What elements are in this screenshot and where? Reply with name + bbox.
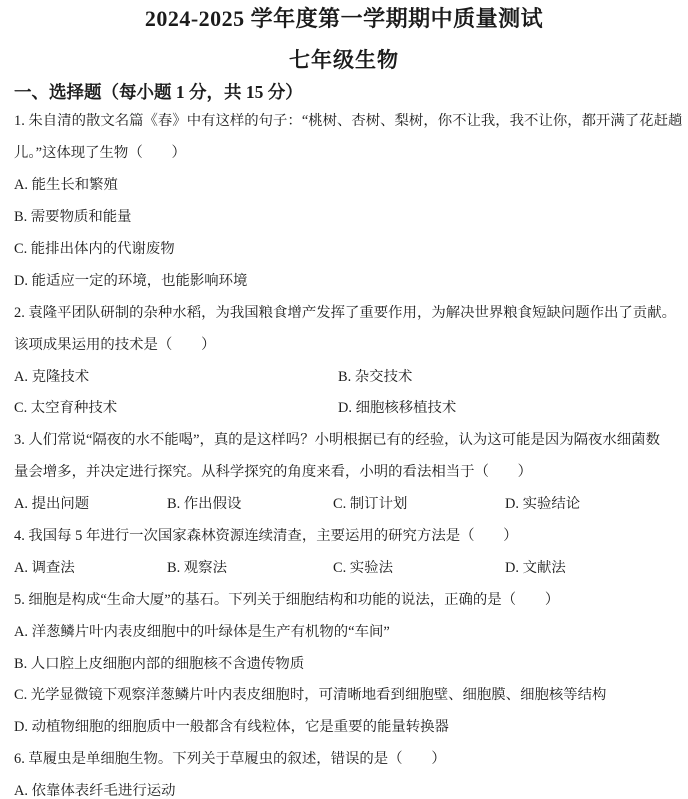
question-1-option-d: D. 能适应一定的环境，也能影响环境: [14, 263, 682, 295]
question-4-option-a: A. 调查法: [14, 556, 167, 577]
question-4-option-b: B. 观察法: [167, 556, 333, 577]
question-5-option-d: D. 动植物细胞的细胞质中一般都含有线粒体，它是重要的能量转换器: [14, 710, 682, 742]
question-2-options-row-2: C. 太空育种技术 D. 细胞核移植技术: [14, 391, 682, 423]
question-1-option-b: B. 需要物质和能量: [14, 200, 682, 232]
question-2-options-row-1: A. 克隆技术 B. 杂交技术: [14, 359, 682, 391]
question-5-option-a: A. 洋葱鳞片叶内表皮细胞中的叶绿体是生产有机物的“车间”: [14, 614, 682, 646]
question-list: 1. 朱自清的散文名篇《春》中有这样的句子：“桃树、杏树、梨树，你不让我，我不让…: [14, 104, 682, 799]
question-3-options-row: A. 提出问题 B. 作出假设 C. 制订计划 D. 实验结论: [14, 487, 682, 519]
question-2-option-b: B. 杂交技术: [338, 365, 412, 386]
exam-subtitle: 七年级生物: [0, 48, 688, 73]
question-3-option-d: D. 实验结论: [505, 492, 580, 513]
question-5-option-c: C. 光学显微镜下观察洋葱鳞片叶内表皮细胞时，可清晰地看到细胞壁、细胞膜、细胞核…: [14, 678, 682, 710]
question-3-stem-line-1: 3. 人们常说“隔夜的水不能喝”，真的是这样吗？小明根据已有的经验，认为这可能是…: [14, 423, 682, 455]
question-3-option-a: A. 提出问题: [14, 492, 167, 513]
question-4-option-d: D. 文献法: [505, 556, 566, 577]
question-5-stem-line-1: 5. 细胞是构成“生命大厦”的基石。下列关于细胞结构和功能的说法，正确的是（ ）: [14, 582, 682, 614]
question-1-stem-line-1: 1. 朱自清的散文名篇《春》中有这样的句子：“桃树、杏树、梨树，你不让我，我不让…: [14, 104, 682, 136]
question-2-option-d: D. 细胞核移植技术: [338, 396, 456, 417]
question-2-option-c: C. 太空育种技术: [14, 396, 338, 417]
question-4-option-c: C. 实验法: [333, 556, 505, 577]
question-1-option-a: A. 能生长和繁殖: [14, 168, 682, 200]
question-2-stem-line-1: 2. 袁隆平团队研制的杂种水稻，为我国粮食增产发挥了重要作用，为解决世界粮食短缺…: [14, 295, 682, 327]
exam-page: 2024-2025 学年度第一学期期中质量测试 七年级生物 一、选择题（每小题 …: [0, 0, 688, 799]
question-2-option-a: A. 克隆技术: [14, 365, 338, 386]
section-heading: 一、选择题（每小题 1 分，共 15 分）: [14, 81, 676, 103]
question-3-stem-line-2: 量会增多，并决定进行探究。从科学探究的角度来看，小明的看法相当于（ ）: [14, 455, 682, 487]
exam-title: 2024-2025 学年度第一学期期中质量测试: [0, 6, 688, 32]
question-6-stem-line-1: 6. 草履虫是单细胞生物。下列关于草履虫的叙述，错误的是（ ）: [14, 742, 682, 774]
question-3-option-b: B. 作出假设: [167, 492, 333, 513]
question-1-stem-line-2: 儿。”这体现了生物（ ）: [14, 136, 682, 168]
question-5-option-b: B. 人口腔上皮细胞内部的细胞核不含遗传物质: [14, 646, 682, 678]
question-6-option-a: A. 依靠体表纤毛进行运动: [14, 774, 682, 799]
question-1-option-c: C. 能排出体内的代谢废物: [14, 232, 682, 264]
question-4-options-row: A. 调查法 B. 观察法 C. 实验法 D. 文献法: [14, 550, 682, 582]
question-4-stem-line-1: 4. 我国每 5 年进行一次国家森林资源连续清查，主要运用的研究方法是（ ）: [14, 519, 682, 551]
question-2-stem-line-2: 该项成果运用的技术是（ ）: [14, 327, 682, 359]
question-3-option-c: C. 制订计划: [333, 492, 505, 513]
